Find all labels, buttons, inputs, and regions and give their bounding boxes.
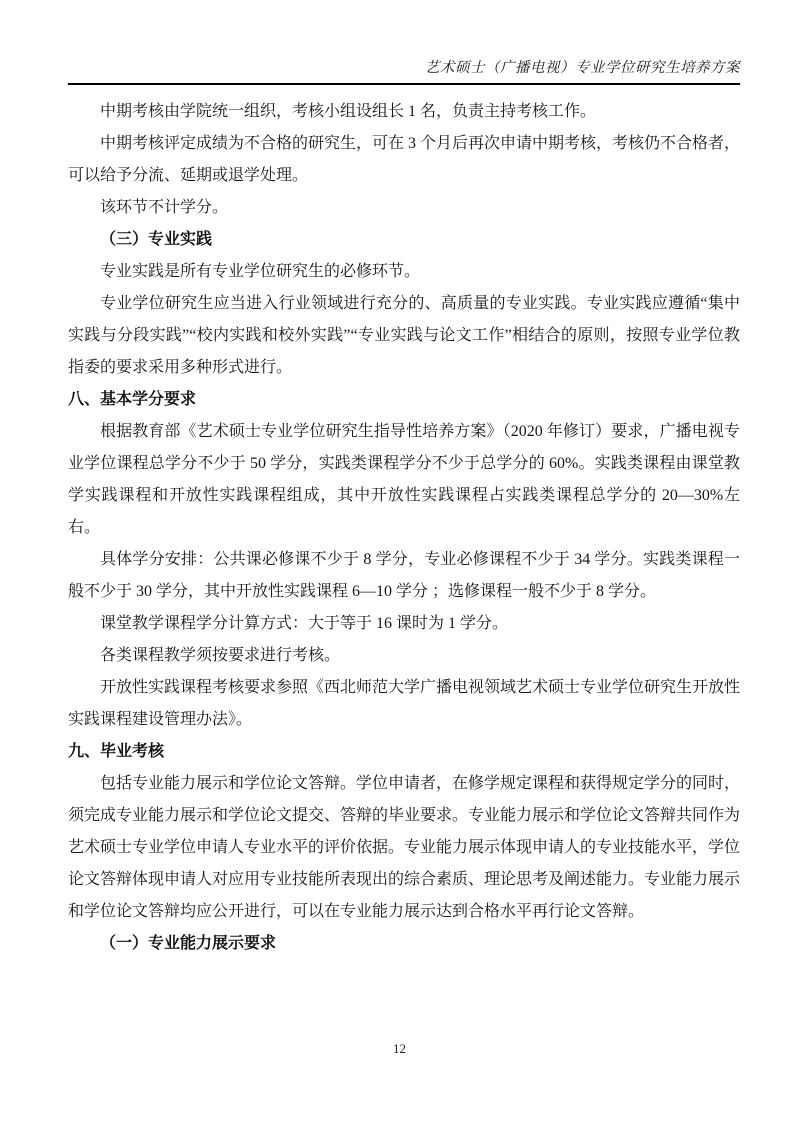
document-page: 艺术硕士（广播电视）专业学位研究生培养方案 中期考核由学院统一组织，考核小组设组… [0, 0, 799, 1131]
section-heading: 九、毕业考核 [68, 736, 740, 768]
paragraph: 具体学分安排：公共课必修课不少于 8 学分，专业必修课程不少于 34 学分。实践… [68, 544, 740, 608]
page-footer: 12 [0, 1040, 799, 1058]
section-heading: （一）专业能力展示要求 [68, 928, 740, 960]
document-body: 中期考核由学院统一组织，考核小组设组长 1 名，负责主持考核工作。中期考核评定成… [68, 96, 740, 960]
paragraph: 课堂教学课程学分计算方式：大于等于 16 课时为 1 学分。 [68, 608, 740, 640]
page-header: 艺术硕士（广播电视）专业学位研究生培养方案 [68, 56, 740, 85]
page-number: 12 [393, 1041, 406, 1056]
paragraph: 包括专业能力展示和学位论文答辩。学位申请者，在修学规定课程和获得规定学分的同时，… [68, 768, 740, 928]
paragraph: 各类课程教学须按要求进行考核。 [68, 640, 740, 672]
paragraph: 开放性实践课程考核要求参照《西北师范大学广播电视领域艺术硕士专业学位研究生开放性… [68, 672, 740, 736]
paragraph: 中期考核由学院统一组织，考核小组设组长 1 名，负责主持考核工作。 [68, 96, 740, 128]
section-heading: （三）专业实践 [68, 224, 740, 256]
running-header-title: 艺术硕士（广播电视）专业学位研究生培养方案 [425, 60, 740, 76]
paragraph: 该环节不计学分。 [68, 192, 740, 224]
paragraph: 根据教育部《艺术硕士专业学位研究生指导性培养方案》（2020 年修订）要求，广播… [68, 416, 740, 544]
section-heading: 八、基本学分要求 [68, 384, 740, 416]
paragraph: 专业实践是所有专业学位研究生的必修环节。 [68, 256, 740, 288]
paragraph: 专业学位研究生应当进入行业领域进行充分的、高质量的专业实践。专业实践应遵循“集中… [68, 288, 740, 384]
paragraph: 中期考核评定成绩为不合格的研究生，可在 3 个月后再次申请中期考核，考核仍不合格… [68, 128, 740, 192]
